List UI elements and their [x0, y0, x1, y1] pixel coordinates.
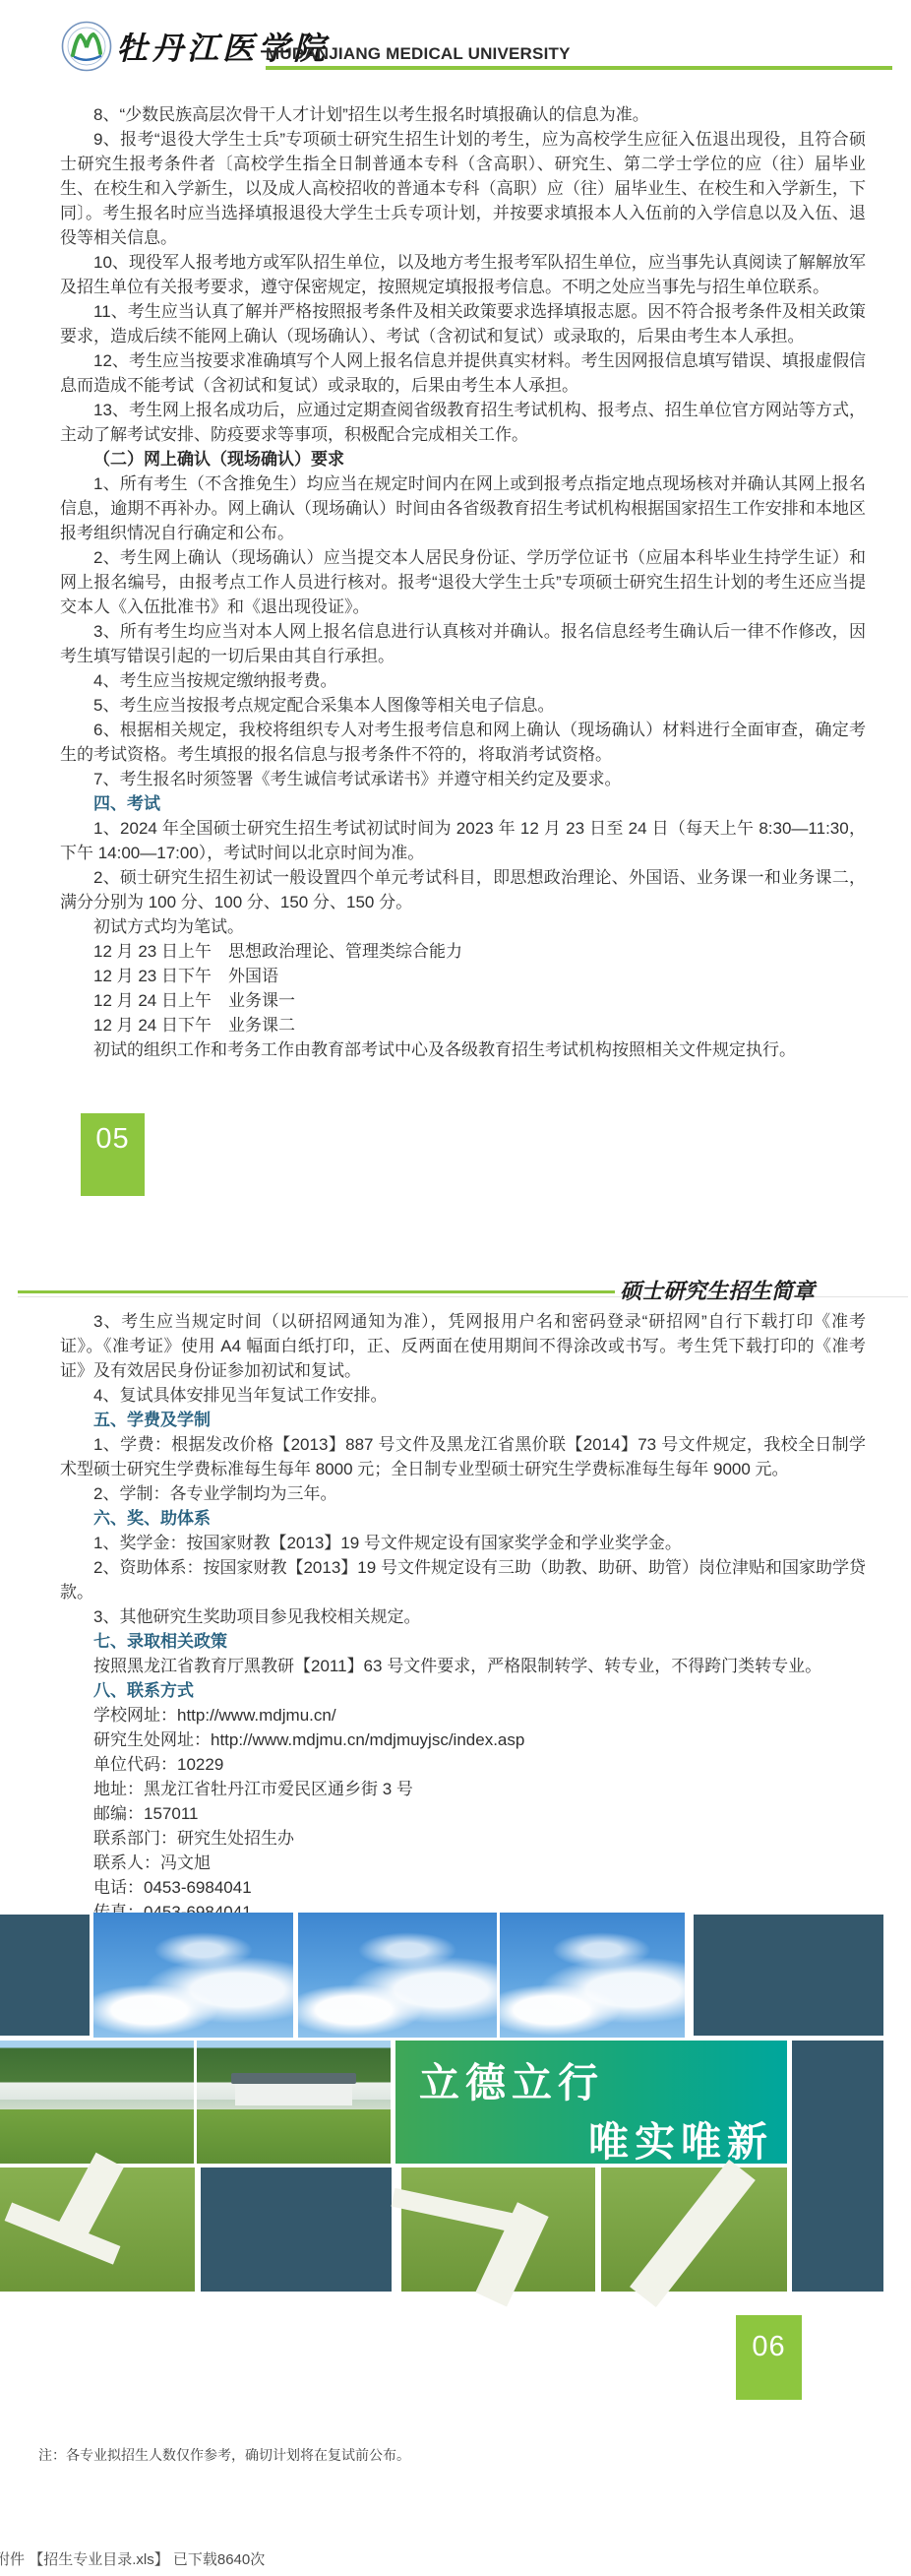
paragraph: 联系部门：研究生处招生办: [60, 1826, 866, 1851]
paragraph: 1、奖学金：按国家财教【2013】19 号文件规定设有国家奖学金和学业奖学金。: [60, 1531, 866, 1555]
section-heading: 五、学费及学制: [60, 1408, 866, 1432]
paragraph: 邮编：157011: [60, 1801, 866, 1826]
section-heading: 七、录取相关政策: [60, 1629, 866, 1654]
section-heading: 四、考试: [60, 791, 866, 816]
page-05-content: 8、“少数民族高层次骨干人才计划”招生以考生报名时填报确认的信息为准。9、报考“…: [60, 102, 866, 1062]
paragraph: 12 月 24 日上午 业务课一: [60, 988, 866, 1013]
paragraph: 联系人：冯文旭: [60, 1851, 866, 1875]
photo-sky-1: [93, 1913, 293, 2038]
paragraph: 按照黑龙江省教育厅黑教研【2011】63 号文件要求，严格限制转学、转专业，不得…: [60, 1654, 866, 1678]
paragraph: 12 月 24 日下午 业务课二: [60, 1013, 866, 1037]
header-green-rule: [266, 66, 892, 70]
field-line: [5, 2202, 121, 2264]
paragraph: 初试方式均为笔试。: [60, 914, 866, 939]
paragraph: 2、资助体系：按国家财教【2013】19 号文件规定设有三助（助教、助研、助管）…: [60, 1555, 866, 1604]
page-number-05: 05: [81, 1113, 145, 1196]
teal-block-right-tall: [792, 2041, 883, 2292]
paragraph: 10、现役军人报考地方或军队招生单位，以及地方考生报考军队招生单位，应当事先认真…: [60, 250, 866, 299]
divider-green-line: [18, 1290, 615, 1293]
paragraph: 初试的组织工作和考务工作由教育部考试中心及各级教育招生考试机构按照相关文件规定执…: [60, 1037, 866, 1062]
university-emblem-icon: [61, 21, 112, 72]
teal-block-top-right: [694, 1915, 883, 2036]
page-06-content: 3、考生应当规定时间（以研招网通知为准），凭网报用户名和密码登录“研招网”自行下…: [60, 1309, 866, 1924]
paragraph: 11、考生应当认真了解并严格按照报考条件及相关政策要求选择填报志愿。因不符合报考…: [60, 299, 866, 348]
slogan-line-1: 立德立行: [419, 2050, 604, 2108]
teal-block-top-left: [0, 1915, 90, 2036]
paragraph: 电话：0453-6984041: [60, 1875, 866, 1900]
paragraph: 12 月 23 日上午 思想政治理论、管理类综合能力: [60, 939, 866, 964]
section-divider: 硕士研究生招生简章: [18, 1275, 824, 1308]
field-line: [630, 2160, 756, 2307]
paragraph: 4、考生应当按规定缴纳报考费。: [60, 668, 866, 693]
attachment-download-count: 已下载8640次: [173, 2551, 265, 2568]
photo-grass-3: [601, 2168, 787, 2292]
paragraph: 2、考生网上确认（现场确认）应当提交本人居民身份证、学历学位证书（应届本科毕业生…: [60, 545, 866, 619]
photo-grass-1: [0, 2168, 195, 2292]
paragraph: 13、考生网上报名成功后，应通过定期查阅省级教育招生考试机构、报考点、招生单位官…: [60, 398, 866, 447]
footnote: 注：各专业拟招生人数仅作参考，确切计划将在复试前公布。: [38, 2445, 410, 2465]
paragraph: 单位代码：10229: [60, 1752, 866, 1777]
page-header: 牡丹江医学院 MUDANJIANG MEDICAL UNIVERSITY: [0, 0, 911, 89]
paragraph: 1、2024 年全国硕士研究生招生考试初试时间为 2023 年 12 月 23 …: [60, 816, 866, 865]
teal-block-bottom: [201, 2168, 392, 2292]
photo-campus-grandstand: [197, 2041, 391, 2164]
paragraph: 2、学制：各专业学制均为三年。: [60, 1481, 866, 1506]
paragraph: 学校网址：http://www.mdjmu.cn/: [60, 1703, 866, 1728]
page-number-06: 06: [736, 2315, 802, 2400]
paragraph: 2、硕士研究生招生初试一般设置四个单元考试科目，即思想政治理论、外国语、业务课一…: [60, 865, 866, 914]
section-heading: 八、联系方式: [60, 1678, 866, 1703]
paragraph: 3、其他研究生奖助项目参见我校相关规定。: [60, 1604, 866, 1629]
paragraph: 7、考生报名时须签署《考生诚信考试承诺书》并遵守相关约定及要求。: [60, 767, 866, 791]
paragraph: 9、报考“退役大学生士兵”专项硕士研究生招生计划的考生，应为高校学生应征入伍退出…: [60, 127, 866, 250]
paragraph: 12 月 23 日下午 外国语: [60, 964, 866, 988]
paragraph: 地址：黑龙江省牡丹江市爱民区通乡街 3 号: [60, 1777, 866, 1801]
grandstand-roof: [231, 2073, 355, 2084]
paragraph: 研究生处网址：http://www.mdjmu.cn/mdjmuyjsc/ind…: [60, 1728, 866, 1752]
grandstand-wall: [235, 2084, 351, 2106]
paragraph: 1、所有考生（不含推免生）均应当在规定时间内在网上或到报考点指定地点现场核对并确…: [60, 471, 866, 545]
paragraph: 5、考生应当按报考点规定配合采集本人图像等相关电子信息。: [60, 693, 866, 718]
slogan-line-2: 唯实唯新: [588, 2109, 773, 2168]
brochure-title: 硕士研究生招生简章: [620, 1275, 841, 1305]
sub-heading: （二）网上确认（现场确认）要求: [60, 447, 866, 471]
photo-sky-2: [298, 1913, 497, 2038]
photo-sky-3: [500, 1913, 685, 2038]
attachment-file-link[interactable]: 【招生专业目录.xls】: [29, 2551, 169, 2568]
paragraph: 8、“少数民族高层次骨干人才计划”招生以考生报名时填报确认的信息为准。: [60, 102, 866, 127]
paragraph: 1、学费：根据发改价格【2013】887 号文件及黑龙江省黑价联【2014】73…: [60, 1432, 866, 1481]
paragraph: 3、所有考生均应当对本人网上报名信息进行认真核对并确认。报名信息经考生确认后一律…: [60, 619, 866, 668]
slogan-banner: 立德立行 唯实唯新: [395, 2041, 787, 2164]
photo-campus-field-1: [0, 2041, 194, 2164]
attachment-label: 附件: [0, 2551, 25, 2568]
paragraph: 4、复试具体安排见当年复试工作安排。: [60, 1383, 866, 1408]
section-heading: 六、奖、助体系: [60, 1506, 866, 1531]
paragraph: 3、考生应当规定时间（以研招网通知为准），凭网报用户名和密码登录“研招网”自行下…: [60, 1309, 866, 1383]
photo-collage: 立德立行 唯实唯新: [0, 1913, 911, 2293]
school-name-english: MUDANJIANG MEDICAL UNIVERSITY: [266, 44, 571, 64]
attachment-bar: 附件 【招生专业目录.xls】 已下载8640次: [0, 2548, 265, 2569]
photo-grass-2: [401, 2168, 595, 2292]
paragraph: 6、根据相关规定，我校将组织专人对考生报考信息和网上确认（现场确认）材料进行全面…: [60, 718, 866, 767]
paragraph: 12、考生应当按要求准确填写个人网上报名信息并提供真实材料。考生因网报信息填写错…: [60, 348, 866, 398]
